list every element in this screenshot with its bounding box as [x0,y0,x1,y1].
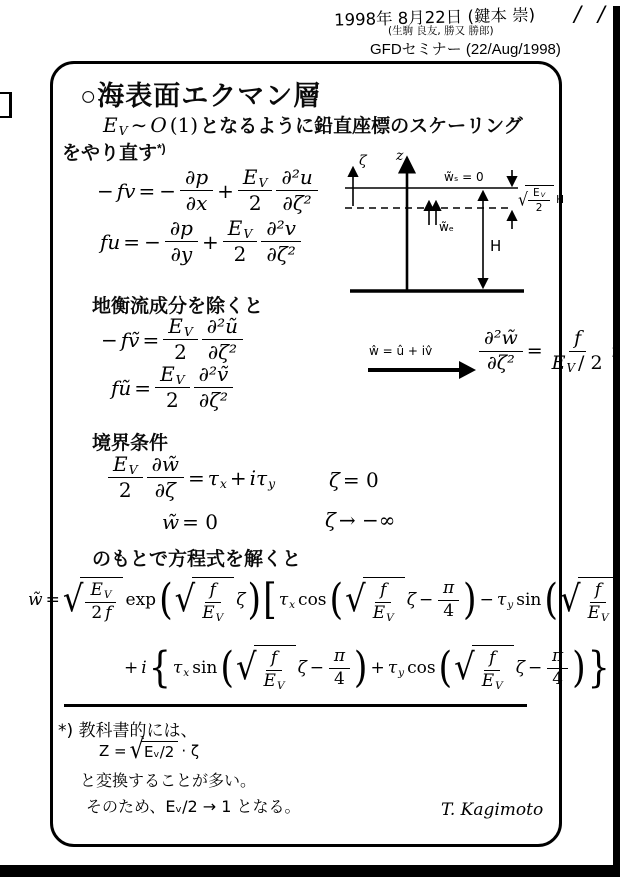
math-token: 4 [441,602,456,622]
math-token: ζ [297,658,308,678]
math-token: EV2f [85,581,116,623]
footnote-line-2: Z =√Eᵥ/2· ζ [97,741,201,761]
left-edge-mark [0,92,12,118]
math-token: / 2 [576,353,605,375]
intro-math: EV∼O(1) [102,113,200,137]
footnote-marker: *) [157,142,166,156]
math-token: f [573,328,582,350]
math-token: 2 [113,478,138,502]
math-token: f [379,581,387,601]
math-token: 2 [247,192,264,215]
math-token: ∂²u [276,166,317,191]
math-token: 2 [168,340,193,364]
math-token: E [159,363,176,386]
math-token: √ [236,653,257,684]
math-token: ζ [324,508,337,532]
math-token: EV [368,603,399,624]
math-token: ∂²ũ∂ζ² [202,315,243,364]
heading-solve: のもとで方程式を解くと [92,544,301,571]
equation-geostrophic-y: fũ=EV2∂²ṽ∂ζ² [110,363,235,412]
math-token: = 0 [341,468,381,492]
math-token: f [590,581,606,603]
math-token: − [417,590,435,610]
equation-geostrophic-x: −fṽ=EV2∂²ũ∂ζ² [99,315,245,364]
math-token: y [507,599,513,611]
math-token: ∂p [184,166,209,189]
math-token: ∂w̃ [151,453,180,476]
math-token: − [478,590,496,610]
math-token: V [277,680,285,692]
math-token: E [372,604,386,624]
math-token: √fEV [345,577,405,623]
math-token: E [167,315,184,338]
math-token: y [398,667,404,679]
math-token: Eᵥ/2 [141,741,178,761]
math-token: f [104,604,112,624]
math-token: τ [207,466,220,490]
z-axis-label: z [395,150,404,164]
math-token: ∂²ũ [206,315,239,338]
surface-velocity-label: w̃ₛ = 0 [444,170,484,184]
math-token: Eᵥ/2 [142,743,176,761]
math-token: fEV [368,581,399,623]
math-token: ∂ζ² [266,243,297,266]
math-token: 2 [530,201,549,214]
equation-bc-surface: EV2∂w̃∂ζ=τx+iτy [106,453,276,502]
math-token: 2 [89,604,104,624]
math-token: E [112,453,129,476]
math-token: → −∞ [337,508,398,532]
math-token: ( [438,647,454,690]
math-token: EV2 [528,187,550,214]
page-number: / / [574,2,610,26]
intro-line-1: EV∼O(1) となるように鉛直座標のスケーリング [102,111,523,138]
footnote-divider [64,704,527,707]
math-token: EV2f [80,577,122,623]
math-token: fEV [197,581,228,623]
math-token: V [495,680,503,692]
equation-momentum-x: −fv=−∂p∂x+EV2∂²u∂ζ² [95,166,320,215]
math-token: + [200,230,221,254]
signature: T. Kagimoto [441,800,543,820]
math-token: E [481,672,495,692]
math-token: − [142,230,163,254]
math-token: y [268,476,275,491]
math-token: w̃ [27,590,44,610]
math-token: E [532,187,541,199]
math-token: ∂p [169,217,194,240]
math-token: ∂ζ² [262,242,301,266]
math-token: ∂x [185,192,209,215]
math-token: fEV [472,645,514,691]
math-token: x [220,476,227,491]
math-token: √EV2 [518,185,554,214]
math-token: f [375,581,391,603]
equation-solution-line-1: w̃=√EV2fexp(√fEVζ)[τxcos(√fEVζ−π4)−τysin… [27,577,620,623]
math-token: V [104,589,112,601]
right-edge-scan-bar [613,6,620,868]
math-token: E [587,604,601,624]
math-token: fṽ [120,328,141,352]
math-token: − [157,179,178,203]
math-token: E [201,604,215,624]
math-token: π [547,647,568,669]
math-token: ∂²w̃ [483,328,519,350]
math-token: V [386,612,394,624]
math-token: H [555,194,565,206]
math-token: exp [124,590,159,610]
transform-label: ŵ = û + iv̂ [369,344,432,358]
math-token: E [263,672,277,692]
math-token: 2 [534,202,545,214]
math-token: ( [219,647,235,690]
math-token: ζ [515,658,526,678]
math-token: E [89,581,103,601]
math-token: √ [63,585,84,616]
math-token: ∂²ũ [202,315,243,340]
math-token: π [329,647,350,669]
math-token: V [176,373,185,387]
math-token: √ [560,585,581,616]
math-token: 4 [550,670,565,690]
math-token: π [442,579,455,599]
math-token: EV2 [108,453,143,502]
math-token: Z = [97,742,129,760]
math-token: V [119,123,128,138]
math-token: V [259,176,268,190]
math-token: ) [462,579,478,622]
math-token: EV [477,671,508,692]
heading-boundary: 境界条件 [92,428,168,455]
math-token: (1) [168,113,200,137]
math-token: √fEV [175,577,235,623]
math-token: ∂ζ [150,478,181,502]
math-token: ∂x [181,191,213,215]
math-token: V [216,612,224,624]
math-token: fEV [254,645,296,691]
math-token: π4 [437,579,460,621]
bottom-edge-scan-bar [0,865,620,877]
intro-text-2: をやり直す [62,143,157,164]
math-token: ∂ζ [154,479,177,502]
math-token: ∼ [129,113,150,137]
math-token: π [333,647,346,667]
intro-text-1: となるように鉛直座標のスケーリング [200,111,523,138]
math-token: τ [278,590,289,610]
math-token: f [266,649,282,671]
math-token: fEV / 2 [547,328,609,375]
math-token: EV [155,363,190,388]
math-token: i [140,658,147,678]
math-token: [ [262,579,278,622]
footnote-line-3: と変換することが多い。 [80,768,256,791]
math-token: ∂ζ² [282,192,313,215]
math-token: 4 [437,601,460,622]
depth-label: H [490,237,501,255]
math-token: τ [387,658,398,678]
math-token: ( [543,579,559,622]
math-token: V [567,362,576,376]
math-token: fEV [477,649,508,691]
math-token: sin [190,658,219,678]
math-token: − [526,658,544,678]
math-token: ( [158,579,174,622]
footnote-line-4: そのため、Eᵥ/2 → 1 となる。 [86,794,301,817]
condition-bottom: ζ→ −∞ [324,508,397,532]
scanned-page: 1998年 8月22日 (鍵本 崇) (生駒 良友, 勝又 勝郎) GFDセミナ… [0,0,620,877]
math-token: EV2 [155,363,190,412]
math-token: 2 [228,242,253,266]
math-token: 2f [85,603,116,624]
math-token: iτ [249,466,268,490]
math-token: EV [197,603,228,624]
math-token: EV / 2 [547,352,609,375]
math-token: ∂p∂x [180,166,213,215]
math-token: + [368,658,386,678]
math-token: + [228,466,249,490]
ekman-layer-diagram: ζ z w̃ₛ = 0 w̃ₑ H [342,150,562,300]
math-token: EV2 [238,166,273,215]
math-token: ∂²ṽ∂ζ² [194,363,234,412]
math-token: ∂²u∂ζ² [276,166,317,215]
math-token: · ζ [179,742,201,760]
math-token: ∂p∂y [165,217,198,266]
math-token: √ [454,653,475,684]
math-token: ∂w̃ [147,453,184,478]
math-token: fEV [583,581,614,623]
math-token: − [99,328,120,352]
math-token: − [95,179,116,203]
math-token: O [149,113,167,137]
math-token: V [601,612,609,624]
equation-solution-line-2: +i{τxsin(√fEVζ−π4)+τycos(√fEVζ−π4)}] [122,645,620,691]
math-token: π [551,647,564,667]
math-token: = [121,230,142,254]
math-token: ) [353,647,369,690]
math-token: ( [329,579,345,622]
math-token: ∂²v∂ζ² [261,217,301,266]
math-token: = [140,328,161,352]
math-token: f [270,649,278,669]
math-token: f [209,581,217,601]
math-token: V [184,325,193,339]
math-token: = [136,179,157,203]
ekman-pumping-label: w̃ₑ [439,220,454,234]
math-token: V [541,192,545,199]
math-token: ∂ζ² [207,341,238,364]
ekman-depth-thickness-label: √EV2H [517,185,565,214]
math-token: τ [172,658,183,678]
condition-surface: ζ= 0 [328,468,381,492]
math-token: = [132,376,153,400]
math-token: x [289,599,295,611]
math-token: w̃ [161,510,180,534]
math-token: f [594,581,602,601]
math-token: √Eᵥ/2 [130,741,179,761]
math-token: + [215,179,236,203]
math-token: ∂ζ² [194,388,233,412]
math-token: ∂ζ² [486,353,516,375]
math-token: x [183,667,189,679]
math-token: 4 [328,669,351,690]
math-token: π [438,579,459,601]
math-token: EV [238,166,273,191]
math-token: = [186,466,207,490]
equation-complex-form: ∂²w̃∂ζ²=fEV / 2iw̃ [477,328,620,375]
math-token: ∂y [166,242,198,266]
math-token: − [308,658,326,678]
math-token: ζ [328,468,341,492]
math-token: ∂²v [265,217,297,240]
math-token: fEV [259,649,290,691]
math-token: EV2 [525,185,554,214]
zeta-axis-label: ζ [359,153,368,169]
slide-title: ○海表面エクマン層 [80,74,321,113]
math-token: f [205,581,221,603]
math-token: EV [528,187,550,201]
math-token: 4 [332,670,347,690]
math-token: √EV2f [63,577,123,623]
math-token: √fEV [236,645,296,691]
math-token: ∂ζ² [278,191,317,215]
math-token: √fEV [560,577,620,623]
math-token: cos [405,658,437,678]
math-token: ∂²v [261,217,301,242]
math-token: fũ [110,376,132,400]
math-token: fu [99,230,121,254]
intro-line-2: をやり直す*) [62,138,166,165]
math-token: V [243,227,252,241]
math-token: E [227,217,244,240]
math-token: E [551,353,567,375]
math-token: 2 [172,341,189,364]
math-token: 4 [546,669,569,690]
math-token: f [484,649,500,671]
math-token: EV2 [223,217,258,266]
math-token: ∂p [180,166,213,191]
implies-arrow-head [459,361,476,379]
math-token: E [102,113,119,137]
math-token: fv [116,179,137,203]
math-token: V [129,463,138,477]
math-token: ζ [235,590,246,610]
math-token: ∂w̃∂ζ [147,453,184,502]
math-token: ∂y [170,243,194,266]
math-token: ∂²ṽ [198,363,230,386]
math-token: ∂ζ² [482,352,520,375]
math-token: π4 [328,647,351,689]
math-token: 2 [117,479,134,502]
math-token: π4 [546,647,569,689]
math-token: { [148,647,172,690]
equation-momentum-y: fu=−∂p∂y+EV2∂²v∂ζ² [99,217,303,266]
math-token: 2 [232,243,249,266]
math-token: ∂²ṽ [194,363,234,388]
math-token: 2 [160,388,185,412]
math-token: = 0 [180,510,220,534]
math-token: = [44,590,62,610]
math-token: EV [259,671,290,692]
implies-arrow [366,359,478,381]
math-token: EV2 [163,315,198,364]
math-token: ∂²u [280,166,313,189]
math-token: τ [496,590,507,610]
math-token: EV [85,581,116,603]
math-token: ζ [406,590,417,610]
math-token: 2 [164,389,181,412]
math-token: EV [583,603,614,624]
header-names-line: (生駒 良友, 勝又 勝郎) [388,23,494,38]
math-token: ∂p [165,217,198,242]
math-token: √ [518,192,528,207]
math-token: √fEV [454,645,514,691]
math-token: f [488,649,496,669]
math-token: } [587,647,611,690]
math-token: ∂ζ² [198,389,229,412]
math-token: √ [175,585,196,616]
math-token: sin [514,590,543,610]
math-token: ∂²w̃ [479,328,523,352]
math-token: cos [296,590,328,610]
math-token: √ [130,740,144,761]
math-token: EV [223,217,258,242]
math-token: = [525,340,545,362]
math-token: + [122,658,140,678]
footnote-line-1: *) 教科書的には、 [58,716,198,741]
equation-bc-bottom: w̃= 0 [161,510,220,534]
math-token: ∂ζ² [203,340,242,364]
math-token: EV [108,453,143,478]
header-seminar-line: GFDセミナー (22/Aug/1998) [370,38,561,59]
math-token: E [242,166,259,189]
math-token: fEV [363,577,405,623]
math-token: 2 [243,191,268,215]
math-token: fEV [192,577,234,623]
math-token: f [569,328,586,352]
math-token: EV [163,315,198,340]
math-token: ) [571,647,587,690]
math-token: √ [345,585,366,616]
math-token: ∂²w̃∂ζ² [479,328,523,375]
math-token: ) [247,579,263,622]
